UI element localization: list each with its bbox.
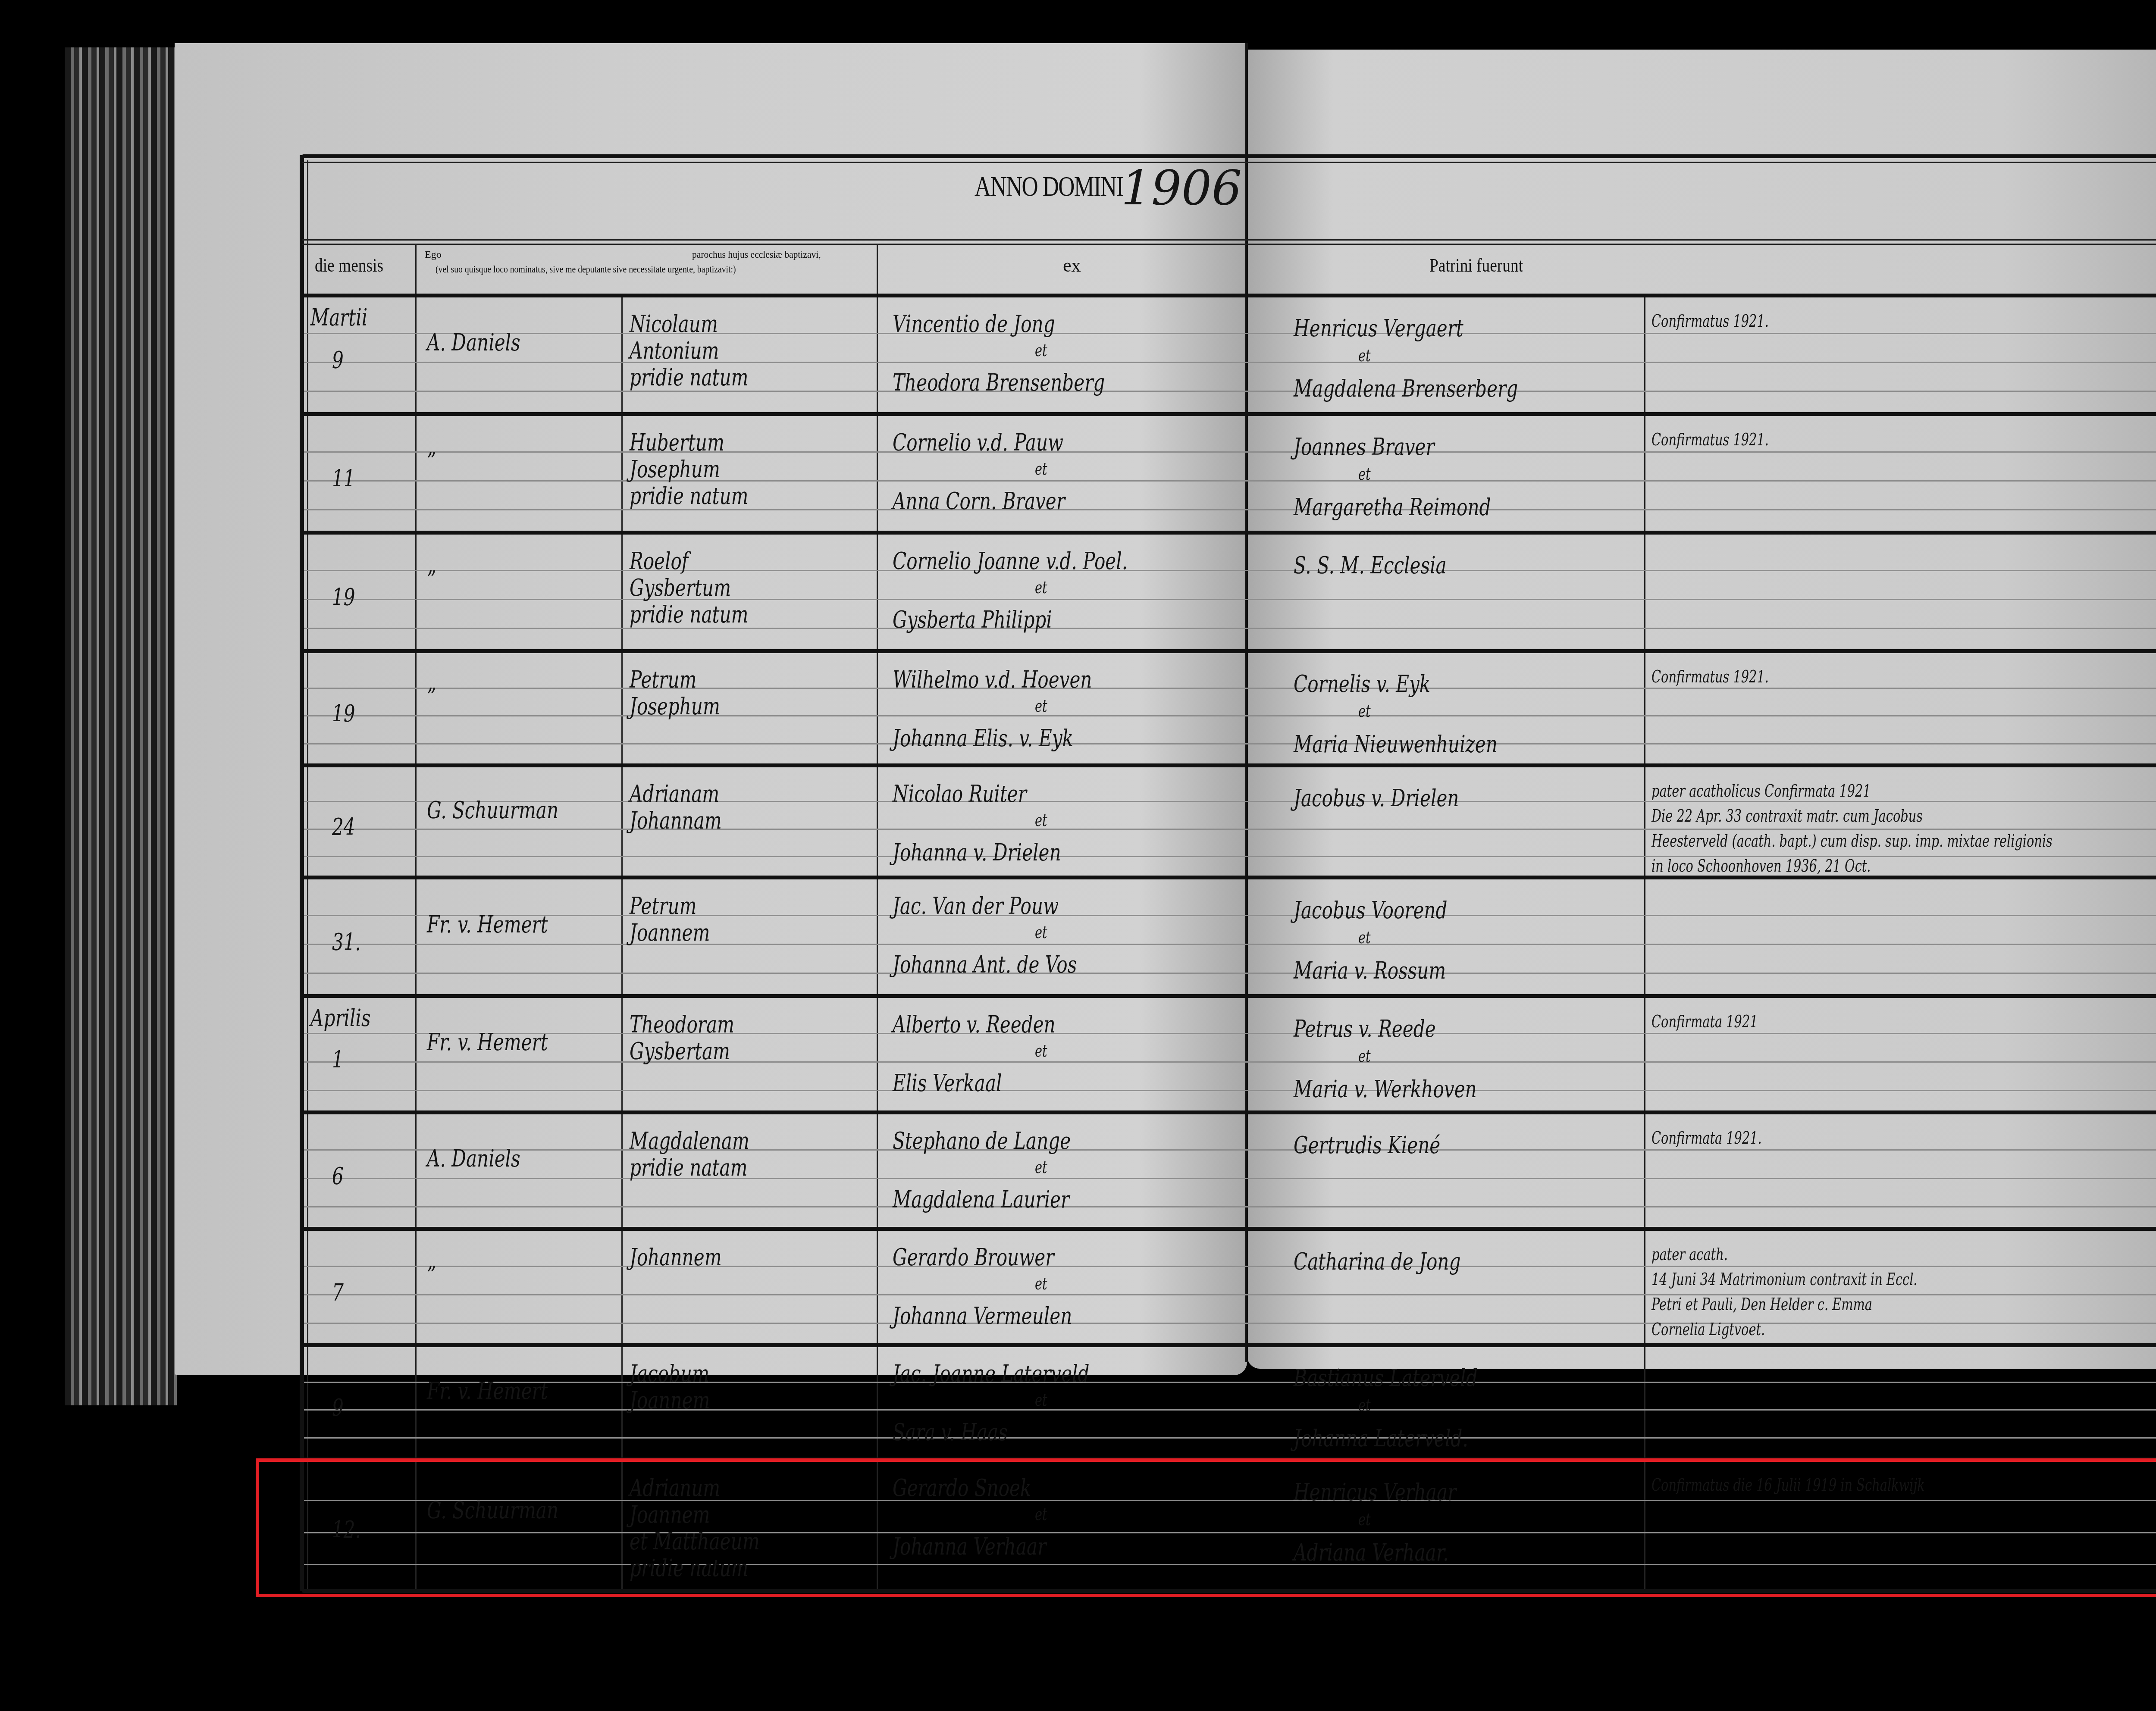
entry-godparent: Gertrudis Kiené: [1294, 1134, 1440, 1157]
entry-note: pater acath.: [1651, 1246, 1728, 1263]
entry-parent: Alberto v. Reeden: [893, 1013, 1056, 1036]
entry-godparent: et: [1358, 703, 1371, 720]
row-separator: [302, 994, 2156, 998]
entry-parent: Gysberta Philippi: [893, 608, 1052, 632]
entry-month: Aprilis: [310, 1007, 371, 1030]
entry-godparent: et: [1358, 466, 1371, 483]
column-line: [1644, 295, 1645, 1591]
entry-godparent: Maria Nieuwenhuizen: [1294, 733, 1498, 756]
entry-priest: G. Schuurman: [427, 799, 558, 822]
entry-day: 19: [332, 586, 355, 609]
book-edge-left: [65, 47, 177, 1405]
entry-priest: Fr. v. Hemert: [427, 913, 548, 936]
entry-child-name: Nicolaum: [630, 313, 718, 336]
column-line: [415, 244, 417, 1591]
column-header-godparents: Patrini fuerunt: [1429, 254, 1523, 276]
column-header-vel: (vel suo quisque loco nominatus, sive me…: [436, 264, 736, 275]
column-line: [877, 244, 878, 1591]
ruled-line: [304, 599, 2156, 600]
ruled-line: [304, 1409, 2156, 1411]
ruled-line: [304, 509, 2156, 510]
table-top-rule: [302, 154, 2156, 158]
right-page: [1247, 50, 2156, 1369]
entry-day: 11: [332, 467, 355, 491]
entry-godparent: Joannes Braver: [1294, 435, 1435, 459]
entry-parent: Jac. Joanne Laterveld: [893, 1362, 1090, 1386]
entry-child-name: Adrianam: [630, 782, 719, 806]
entry-priest: ”: [427, 1264, 436, 1287]
entry-parent: et: [1035, 1275, 1047, 1292]
row-separator: [302, 649, 2156, 653]
entry-note: 14 Juni 34 Matrimonium contraxit in Eccl…: [1651, 1271, 1918, 1288]
entry-godparent: Margaretha Reimond: [1294, 496, 1491, 519]
entry-priest: ”: [427, 568, 436, 591]
entry-godparent: Jacobus v. Drielen: [1294, 787, 1459, 810]
ruled-line: [304, 1266, 2156, 1267]
entry-priest: Fr. v. Hemert: [427, 1031, 548, 1054]
entry-day: 19: [332, 702, 355, 726]
entry-child-name: Magdalenam: [630, 1129, 749, 1153]
entry-parent: Wilhelmo v.d. Hoeven: [893, 668, 1092, 691]
row-separator: [302, 531, 2156, 535]
entry-godparent: et: [1358, 929, 1371, 946]
entry-parent: et: [1035, 342, 1047, 359]
entry-godparent: Maria v. Rossum: [1294, 959, 1446, 982]
entry-child-name: pridie natum: [630, 485, 749, 508]
entry-child-name: Gysbertum: [630, 576, 731, 600]
ruled-line: [304, 915, 2156, 916]
ruled-line: [304, 451, 2156, 453]
entry-parent: et: [1035, 924, 1047, 941]
table-border-left: [300, 155, 304, 1591]
entry-child-name: Jacobum: [630, 1362, 709, 1386]
entry-child-name: pridie natam: [630, 1156, 748, 1179]
ruled-line: [304, 1206, 2156, 1207]
ruled-line: [304, 628, 2156, 629]
entry-day: 1: [332, 1048, 344, 1072]
row-separator: [302, 1227, 2156, 1231]
entry-note: Die 22 Apr. 33 contraxit matr. cum Jacob…: [1651, 807, 1923, 825]
entry-parent: Gerardo Brouwer: [893, 1246, 1054, 1269]
ruled-line: [304, 973, 2156, 974]
entry-child-name: Theodoram: [630, 1013, 734, 1036]
entry-parent: Magdalena Laurier: [893, 1188, 1069, 1211]
entry-parent: Elis Verkaal: [893, 1072, 1002, 1095]
ruled-line: [304, 715, 2156, 716]
entry-note: Petri et Pauli, Den Helder c. Emma: [1651, 1296, 1872, 1313]
entry-note: Heesterveld (acath. bapt.) cum disp. sup…: [1651, 832, 2053, 850]
register-title: ANNO DOMINI: [975, 170, 1123, 203]
entry-note: pater acatholicus Confirmata 1921: [1651, 782, 1871, 800]
entry-month: Martii: [310, 306, 367, 329]
entry-day: 31.: [332, 931, 361, 954]
ruled-line: [304, 391, 2156, 392]
entry-child-name: Josephum: [630, 458, 720, 481]
entry-parent: et: [1035, 1042, 1047, 1060]
row-separator: [302, 294, 2156, 297]
entry-note: Confirmata 1921.: [1651, 1129, 1762, 1147]
entry-child-name: Antonium: [630, 339, 719, 363]
register-year: 1906: [1121, 160, 1242, 216]
entry-parent: Johanna v. Drielen: [893, 841, 1061, 864]
entry-godparent: Bastianus Laterveld: [1294, 1367, 1478, 1390]
ruled-line: [304, 829, 2156, 830]
entry-child-name: Hubertum: [630, 431, 724, 454]
entry-parent: Theodora Brensenberg: [893, 371, 1105, 394]
ruled-line: [304, 801, 2156, 802]
entry-godparent: Cornelis v. Eyk: [1294, 673, 1430, 696]
ruled-line: [304, 333, 2156, 334]
entry-parent: et: [1035, 1159, 1047, 1176]
column-header-ego: Ego: [425, 249, 442, 261]
entry-priest: A. Daniels: [427, 331, 520, 354]
entry-child-name: Johannam: [630, 809, 722, 832]
row-separator: [302, 412, 2156, 416]
ruled-line: [304, 480, 2156, 482]
ruled-line: [304, 570, 2156, 571]
entry-child-name: Joannem: [630, 1389, 710, 1412]
highlight-box: [256, 1458, 2156, 1597]
ruled-line: [304, 1382, 2156, 1383]
entry-parent: Vincentio de Jong: [893, 313, 1055, 336]
entry-godparent: Johanna Laterveld.: [1294, 1427, 1468, 1450]
ruled-line: [304, 743, 2156, 744]
entry-child-name: pridie natum: [630, 603, 749, 626]
row-separator: [302, 876, 2156, 879]
entry-note: Confirmata 1921: [1651, 1013, 1758, 1030]
entry-godparent: et: [1358, 1048, 1371, 1065]
ruled-line: [304, 1437, 2156, 1439]
entry-parent: Jac. Van der Pouw: [893, 895, 1059, 918]
entry-note: Confirmatus 1921.: [1651, 668, 1769, 685]
entry-day: 24: [332, 816, 355, 839]
entry-child-name: Joannem: [630, 921, 710, 945]
entry-godparent: Magdalena Brenserberg: [1294, 377, 1518, 400]
entry-parent: et: [1035, 1392, 1047, 1409]
entry-priest: Fr. v. Hemert: [427, 1379, 548, 1403]
ruled-line: [304, 1033, 2156, 1034]
column-header-day: die mensis: [315, 254, 383, 276]
ruled-line: [304, 688, 2156, 689]
entry-day: 6: [332, 1165, 344, 1188]
entry-child-name: Petrum: [630, 895, 697, 918]
entry-child-name: Johannem: [630, 1246, 722, 1269]
ruled-line: [304, 1178, 2156, 1179]
entry-godparent: Petrus v. Reede: [1294, 1017, 1436, 1041]
ruled-line: [304, 1149, 2156, 1151]
entry-priest: ”: [427, 685, 436, 709]
entry-day: 9: [332, 349, 344, 372]
row-separator: [302, 763, 2156, 767]
ruled-line: [304, 1090, 2156, 1091]
entry-parent: Cornelio v.d. Pauw: [893, 431, 1063, 454]
entry-godparent: Maria v. Werkhoven: [1294, 1078, 1477, 1101]
ruled-line: [304, 362, 2156, 363]
entry-parent: et: [1035, 812, 1047, 829]
entry-child-name: Gysbertam: [630, 1040, 730, 1063]
row-separator: [302, 1343, 2156, 1347]
ruled-line: [304, 1061, 2156, 1063]
entry-parent: Anna Corn. Braver: [893, 490, 1065, 513]
entry-parent: Stephano de Lange: [893, 1129, 1071, 1153]
entry-child-name: Petrum: [630, 668, 697, 691]
entry-godparent: et: [1358, 1397, 1371, 1414]
entry-priest: ”: [427, 450, 436, 473]
entry-note: Confirmatus 1921.: [1651, 431, 1769, 448]
entry-godparent: Henricus Vergaert: [1294, 317, 1463, 340]
entry-parent: Sara v. Haas: [893, 1421, 1008, 1444]
entry-parent: Nicolao Ruiter: [893, 782, 1027, 806]
entry-note: Confirmatus 1921.: [1651, 313, 1769, 330]
entry-parent: et: [1035, 460, 1047, 478]
entry-godparent: et: [1358, 347, 1371, 364]
header-divider-2: [302, 244, 2156, 245]
entry-parent: Johanna Vermeulen: [893, 1304, 1072, 1328]
ruled-line: [304, 944, 2156, 945]
entry-note: Cornelia Ligtvoet.: [1651, 1321, 1765, 1338]
header-divider: [302, 239, 2156, 241]
entry-parent: Johanna Elis. v. Eyk: [893, 727, 1073, 750]
column-header-parents: ex: [1063, 254, 1081, 276]
entry-child-name: pridie natum: [630, 366, 749, 389]
entry-parent: Cornelio Joanne v.d. Poel.: [893, 550, 1128, 573]
entry-parent: et: [1035, 579, 1047, 596]
entry-child-name: Roelof: [630, 550, 688, 573]
entry-note: in loco Schoonhoven 1936, 21 Oct.: [1651, 857, 1871, 875]
column-line: [621, 295, 623, 1591]
book-gutter: [1245, 43, 1248, 1362]
entry-parent: Johanna Ant. de Vos: [893, 953, 1077, 976]
entry-day: 7: [332, 1281, 344, 1304]
entry-godparent: Catharina de Jong: [1294, 1250, 1460, 1273]
entry-godparent: S. S. M. Ecclesia: [1294, 554, 1447, 577]
ruled-line: [304, 1323, 2156, 1324]
row-separator: [302, 1110, 2156, 1114]
ruled-line: [304, 1294, 2156, 1295]
entry-child-name: Josephum: [630, 695, 720, 718]
column-header-parochus: parochus hujus ecclesiæ baptizavi,: [692, 249, 821, 261]
entry-godparent: Jacobus Voorend: [1294, 899, 1447, 922]
entry-parent: et: [1035, 698, 1047, 715]
entry-day: 9: [332, 1396, 344, 1420]
ruled-line: [304, 856, 2156, 857]
entry-priest: A. Daniels: [427, 1147, 520, 1170]
